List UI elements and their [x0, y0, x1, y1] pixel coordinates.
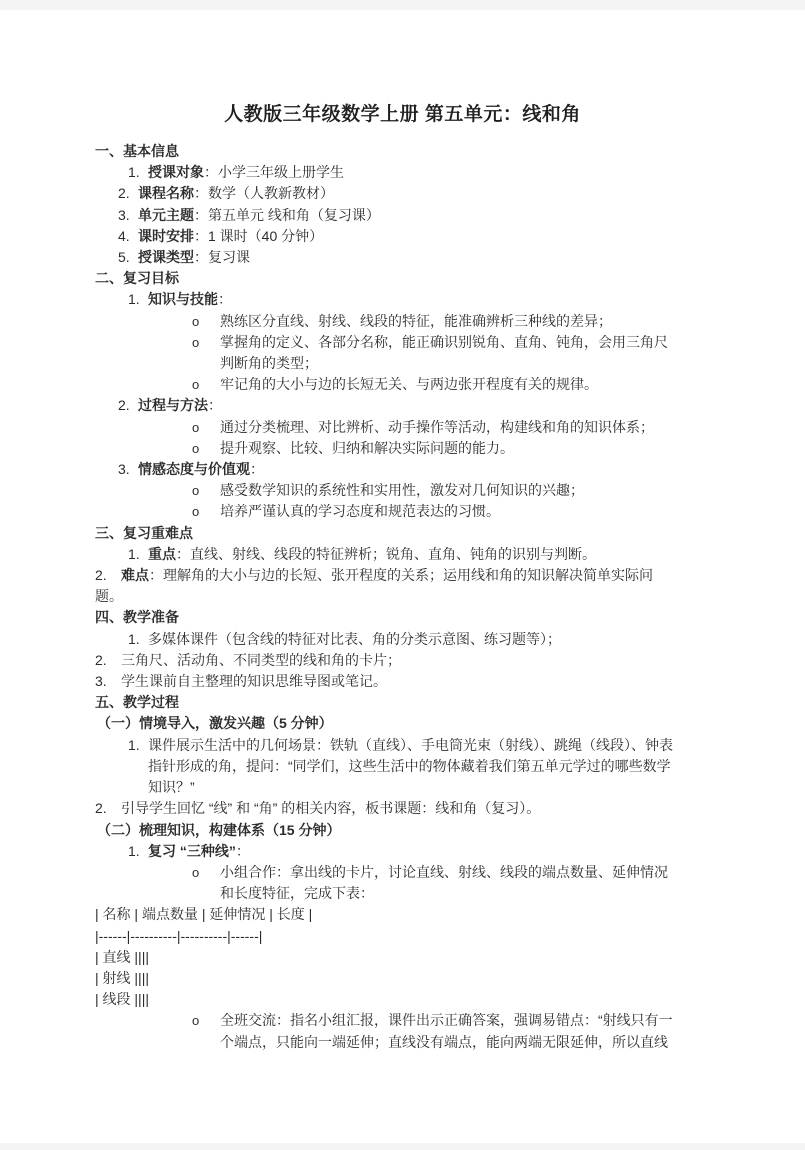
bold-label: 情感态度与价值观	[138, 461, 250, 477]
bullet-item: o熟练区分直线、射线、线段的特征，能准确辨析三种线的差异；	[95, 311, 673, 332]
list-item: 2.引导学生回忆 “线” 和 “角” 的相关内容，板书课题：线和角（复习）。	[95, 798, 661, 819]
line-text: 提升观察、比较、归纳和解决实际问题的能力。	[220, 438, 673, 459]
bold-label: 重点	[148, 546, 176, 562]
bold-label: 课程名称	[138, 185, 194, 201]
bullet-item: o小组合作：拿出线的卡片，讨论直线、射线、线段的端点数量、延伸情况和长度特征，完…	[95, 862, 673, 904]
bullet-marker: o	[192, 1010, 220, 1052]
line-text: 小组合作：拿出线的卡片，讨论直线、射线、线段的端点数量、延伸情况和长度特征，完成…	[220, 862, 673, 904]
line-text: 课程名称：数学（人教新教材）	[138, 183, 673, 204]
line-text: 全班交流：指名小组汇报，课件出示正确答案，强调易错点：“射线只有一个端点，只能向…	[220, 1010, 673, 1052]
list-number: 1.	[128, 629, 148, 650]
list-number: 3.	[95, 671, 121, 692]
bullet-item: o全班交流：指名小组汇报，课件出示正确答案，强调易错点：“射线只有一个端点，只能…	[95, 1010, 673, 1052]
line-text: 课时安排：1 课时（40 分钟）	[138, 226, 673, 247]
document-page: 人教版三年级数学上册 第五单元：线和角 一、基本信息1.授课对象：小学三年级上册…	[0, 10, 805, 1143]
table-text-line: | 射线 ||||	[95, 968, 673, 989]
table-text-line: |------|----------|----------|------|	[95, 926, 673, 947]
bullet-marker: o	[192, 311, 220, 332]
line-text: 复习 “三种线”：	[148, 841, 673, 862]
list-number: 5.	[118, 247, 138, 268]
list-item: 3.学生课前自主整理的知识思维导图或笔记。	[95, 671, 661, 692]
line-text: 授课类型：复习课	[138, 247, 673, 268]
bold-label: 过程与方法	[138, 397, 208, 413]
line-text: 熟练区分直线、射线、线段的特征，能准确辨析三种线的差异；	[220, 311, 673, 332]
bold-label: 难点	[121, 567, 149, 583]
list-item: 1.多媒体课件（包含线的特征对比表、角的分类示意图、练习题等）；	[95, 629, 673, 650]
bold-label: 授课对象	[148, 164, 204, 180]
section-heading: 二、复习目标	[95, 268, 673, 289]
list-item: 2.难点：理解角的大小与边的长短、张开程度的关系；运用线和角的知识解决简单实际问…	[95, 565, 661, 607]
list-item: 2.课程名称：数学（人教新教材）	[95, 183, 673, 204]
list-item: 2.三角尺、活动角、不同类型的线和角的卡片；	[95, 650, 661, 671]
line-text: 情感态度与价值观：	[138, 459, 673, 480]
section-heading: 四、教学准备	[95, 607, 673, 628]
list-number: 2.	[95, 565, 121, 586]
bullet-item: o提升观察、比较、归纳和解决实际问题的能力。	[95, 438, 673, 459]
list-number: 2.	[95, 650, 121, 671]
list-number: 2.	[95, 798, 121, 819]
line-text: 掌握角的定义、各部分名称，能正确识别锐角、直角、钝角，会用三角尺判断角的类型；	[220, 332, 673, 374]
bold-label: 课时安排	[138, 228, 194, 244]
document-viewer-canvas: 人教版三年级数学上册 第五单元：线和角 一、基本信息1.授课对象：小学三年级上册…	[0, 0, 805, 1150]
bold-label: 知识与技能	[148, 291, 218, 307]
bullet-item: o牢记角的大小与边的长短无关、与两边张开程度有关的规律。	[95, 374, 673, 395]
viewer-bottom-gutter	[0, 1143, 805, 1150]
line-text: 单元主题：第五单元 线和角（复习课）	[138, 205, 673, 226]
line-text: 培养严谨认真的学习态度和规范表达的习惯。	[220, 501, 673, 522]
line-text: 过程与方法：	[138, 395, 673, 416]
list-item: 1.授课对象：小学三年级上册学生	[95, 162, 673, 183]
list-number: 2.	[118, 183, 138, 204]
list-item: 1.知识与技能：	[95, 289, 673, 310]
line-text: 课件展示生活中的几何场景：铁轨（直线）、手电筒光束（射线）、跳绳（线段）、钟表指…	[148, 735, 673, 799]
line-text: 通过分类梳理、对比辨析、动手操作等活动，构建线和角的知识体系；	[220, 417, 673, 438]
bullet-item: o感受数学知识的系统性和实用性，激发对几何知识的兴趣；	[95, 480, 673, 501]
bullet-marker: o	[192, 501, 220, 522]
section-heading: 三、复习重难点	[95, 523, 673, 544]
bullet-marker: o	[192, 438, 220, 459]
line-text: 授课对象：小学三年级上册学生	[148, 162, 673, 183]
list-number: 1.	[128, 162, 148, 183]
bullet-marker: o	[192, 480, 220, 501]
list-item: 2.过程与方法：	[95, 395, 673, 416]
bullet-item: o培养严谨认真的学习态度和规范表达的习惯。	[95, 501, 673, 522]
line-text: 重点：直线、射线、线段的特征辨析；锐角、直角、钝角的识别与判断。	[148, 544, 673, 565]
list-number: 4.	[118, 226, 138, 247]
document-title: 人教版三年级数学上册 第五单元：线和角	[95, 100, 710, 129]
list-number: 1.	[128, 544, 148, 565]
section-heading: 一、基本信息	[95, 141, 673, 162]
table-text-line: | 线段 ||||	[95, 989, 673, 1010]
bullet-item: o掌握角的定义、各部分名称，能正确识别锐角、直角、钝角，会用三角尺判断角的类型；	[95, 332, 673, 374]
list-number: 3.	[118, 205, 138, 226]
list-item: 3.单元主题：第五单元 线和角（复习课）	[95, 205, 673, 226]
document-body: 一、基本信息1.授课对象：小学三年级上册学生2.课程名称：数学（人教新教材）3.…	[95, 141, 673, 1053]
bold-label: 授课类型	[138, 249, 194, 265]
line-text: 感受数学知识的系统性和实用性，激发对几何知识的兴趣；	[220, 480, 673, 501]
viewer-top-gutter	[0, 0, 805, 10]
list-item: 1.课件展示生活中的几何场景：铁轨（直线）、手电筒光束（射线）、跳绳（线段）、钟…	[95, 735, 673, 799]
subsection-heading: （一）情境导入，激发兴趣（5 分钟）	[95, 713, 673, 734]
line-text: 知识与技能：	[148, 289, 673, 310]
list-item: 3.情感态度与价值观：	[95, 459, 673, 480]
list-number: 1.	[128, 289, 148, 310]
table-text-line: | 直线 ||||	[95, 947, 673, 968]
list-number: 1.	[128, 841, 148, 862]
line-text: 牢记角的大小与边的长短无关、与两边张开程度有关的规律。	[220, 374, 673, 395]
bullet-marker: o	[192, 417, 220, 438]
bullet-marker: o	[192, 332, 220, 374]
bullet-marker: o	[192, 374, 220, 395]
section-heading: 五、教学过程	[95, 692, 673, 713]
list-number: 1.	[128, 735, 148, 799]
line-text: 多媒体课件（包含线的特征对比表、角的分类示意图、练习题等）；	[148, 629, 673, 650]
table-text-line: | 名称 | 端点数量 | 延伸情况 | 长度 |	[95, 904, 673, 925]
list-number: 3.	[118, 459, 138, 480]
bold-label: 单元主题	[138, 207, 194, 223]
list-item: 1.重点：直线、射线、线段的特征辨析；锐角、直角、钝角的识别与判断。	[95, 544, 673, 565]
list-item: 1.复习 “三种线”：	[95, 841, 673, 862]
bullet-marker: o	[192, 862, 220, 904]
list-item: 4.课时安排：1 课时（40 分钟）	[95, 226, 673, 247]
list-number: 2.	[118, 395, 138, 416]
bullet-item: o通过分类梳理、对比辨析、动手操作等活动，构建线和角的知识体系；	[95, 417, 673, 438]
list-item: 5.授课类型：复习课	[95, 247, 673, 268]
subsection-heading: （二）梳理知识，构建体系（15 分钟）	[95, 820, 673, 841]
bold-label: 复习 “三种线”	[148, 843, 236, 859]
